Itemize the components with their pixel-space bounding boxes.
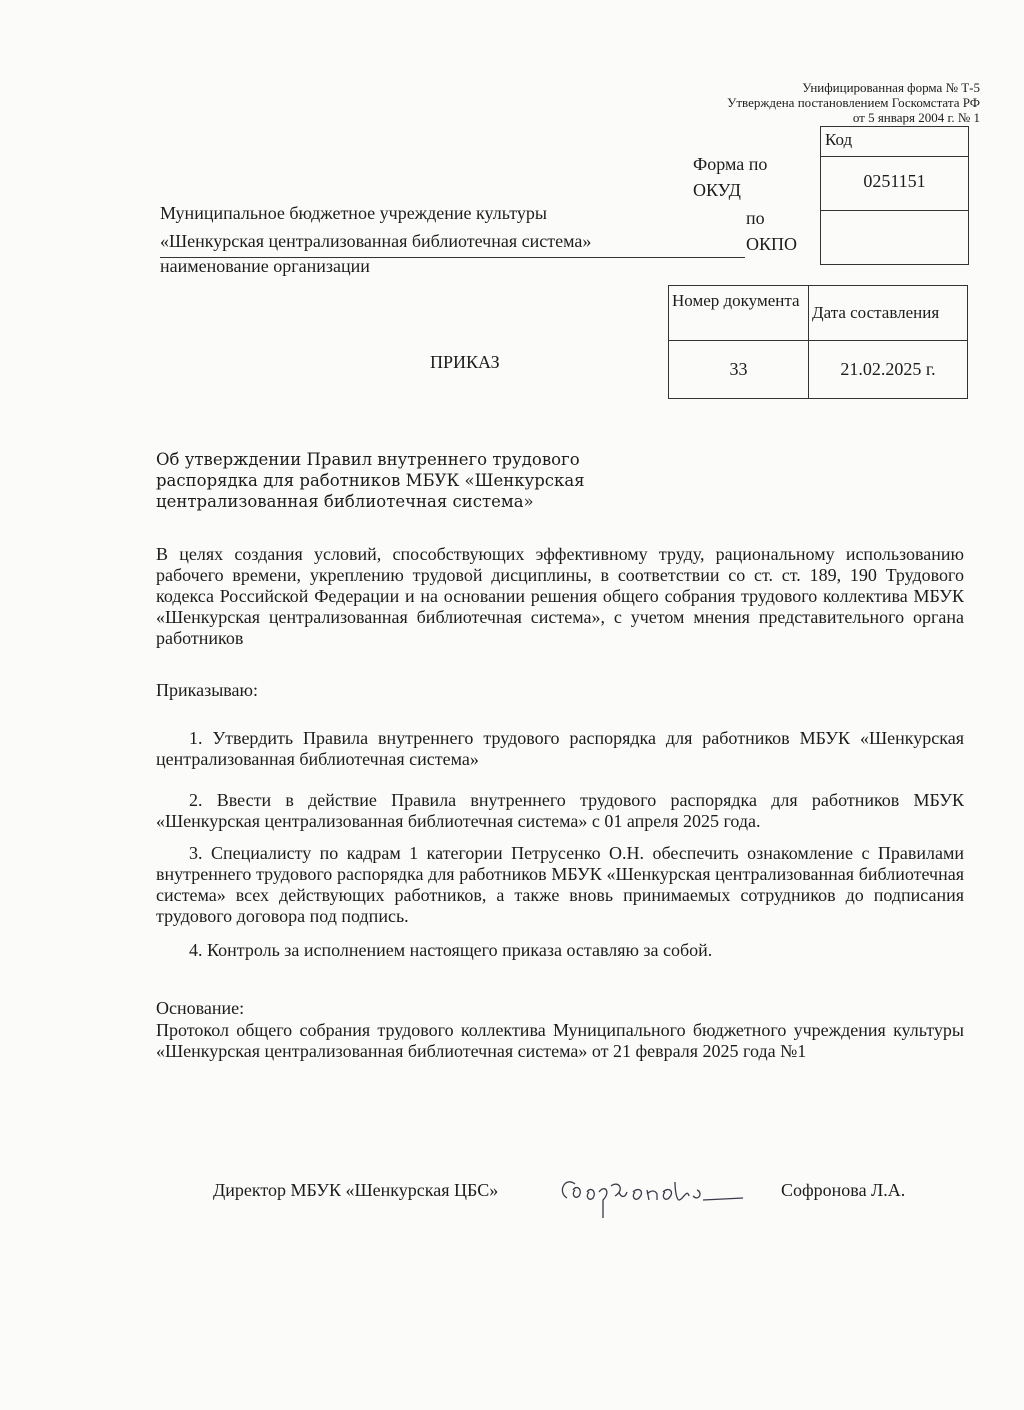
organization-caption: наименование организации xyxy=(160,256,370,277)
code-box: Код 0251151 xyxy=(820,126,969,265)
okud-label-2: ОКУД xyxy=(693,180,741,201)
order-subject: Об утверждении Правил внутреннего трудов… xyxy=(156,449,616,512)
form-header-line3: от 5 января 2004 г. № 1 xyxy=(853,110,980,126)
organization-line2: «Шенкурская централизованная библиотечна… xyxy=(160,231,591,252)
okpo-label-1: по xyxy=(746,208,765,229)
order-item-1: 1. Утвердить Правила внутреннего трудово… xyxy=(156,728,964,770)
handwritten-signature xyxy=(555,1162,755,1222)
doc-number-value: 33 xyxy=(669,341,809,398)
signer-position: Директор МБУК «Шенкурская ЦБС» xyxy=(213,1180,498,1201)
order-word: Приказываю: xyxy=(156,680,964,701)
form-header-line1: Унифицированная форма № Т-5 xyxy=(802,80,980,96)
basis-label: Основание: xyxy=(156,998,964,1019)
okud-value: 0251151 xyxy=(821,157,968,211)
doc-number-header: Номер документа xyxy=(669,286,809,341)
document-number-date-table: Номер документа Дата составления 33 21.0… xyxy=(668,285,968,399)
form-header-line2: Утверждена постановлением Госкомстата РФ xyxy=(727,95,980,111)
order-item-2: 2. Ввести в действие Правила внутреннего… xyxy=(156,790,964,832)
okpo-label-2: ОКПО xyxy=(746,234,797,255)
doc-date-header: Дата составления xyxy=(809,286,967,341)
doc-date-value: 21.02.2025 г. xyxy=(809,341,967,398)
code-header: Код xyxy=(821,127,968,157)
okpo-value xyxy=(821,211,968,264)
organization-line1: Муниципальное бюджетное учреждение культ… xyxy=(160,203,547,224)
signer-name: Софронова Л.А. xyxy=(781,1180,905,1201)
basis-text: Протокол общего собрания трудового колле… xyxy=(156,1020,964,1062)
preamble: В целях создания условий, способствующих… xyxy=(156,544,964,649)
document-title: ПРИКАЗ xyxy=(430,352,500,373)
okud-label-1: Форма по xyxy=(693,154,767,175)
order-item-3: 3. Специалисту по кадрам 1 категории Пет… xyxy=(156,843,964,927)
order-item-4: 4. Контроль за исполнением настоящего пр… xyxy=(156,940,964,961)
